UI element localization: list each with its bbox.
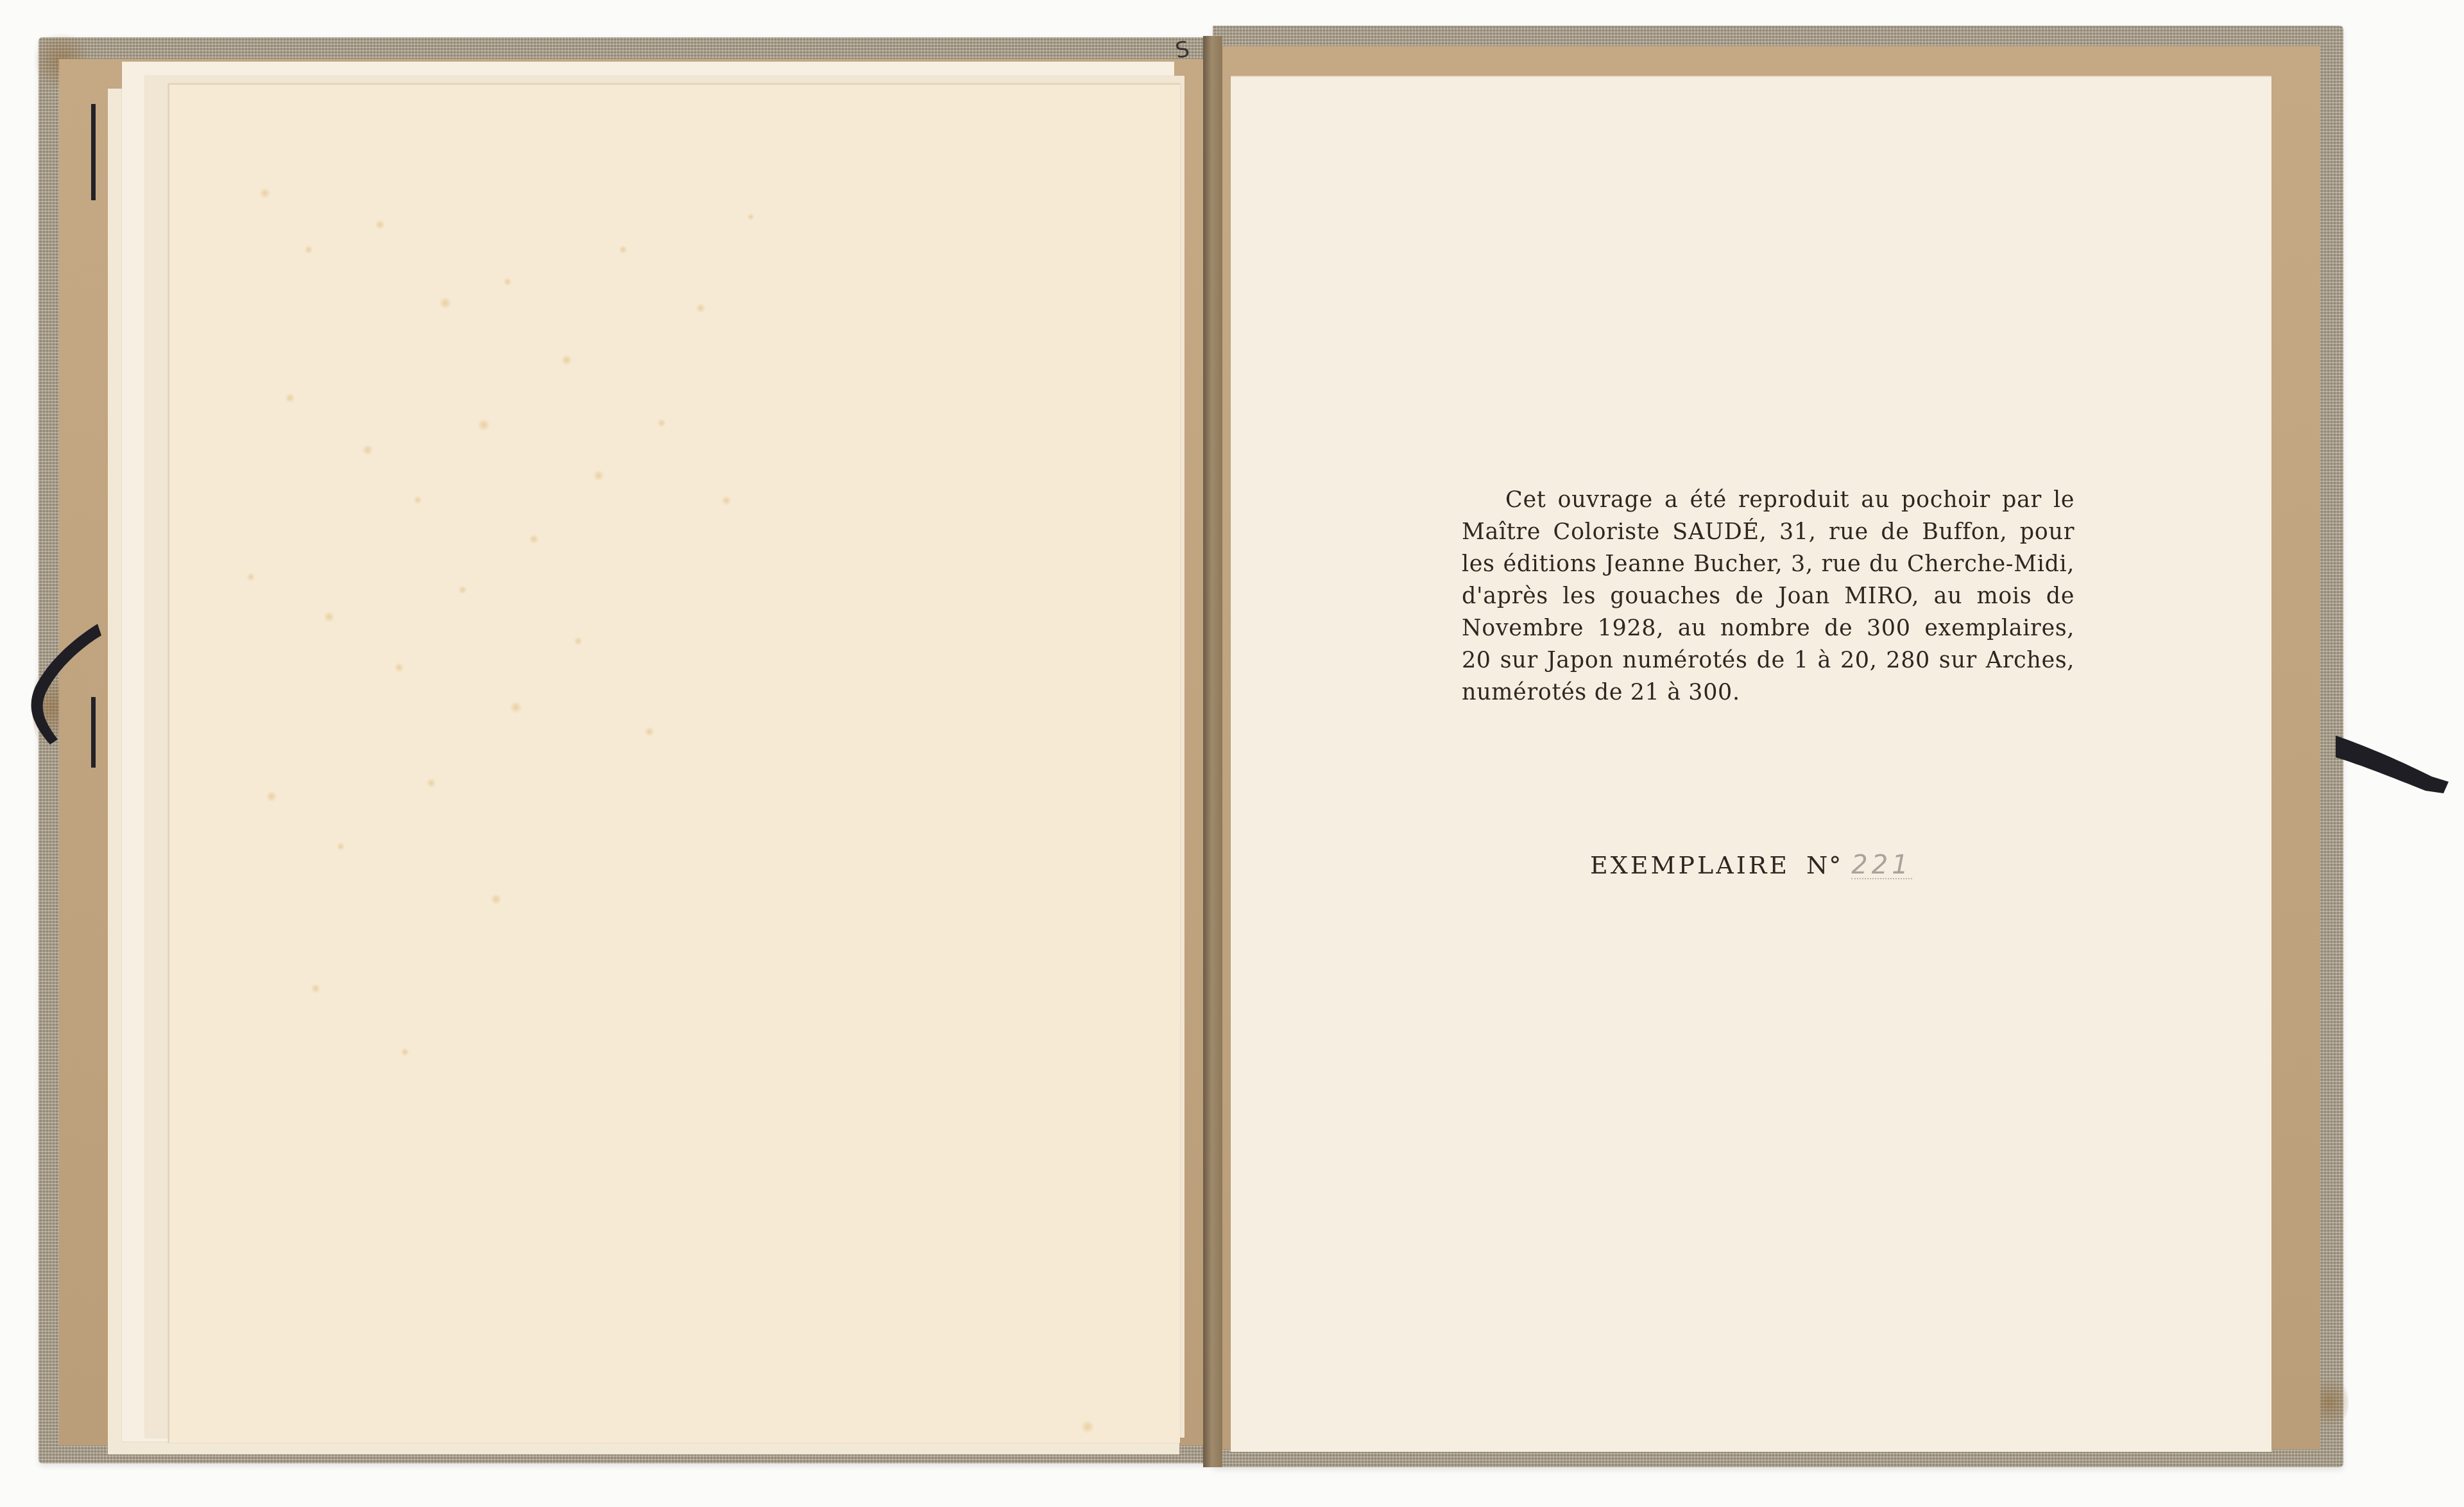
foxing-spot (304, 245, 313, 254)
foxing-spot (721, 495, 732, 506)
colophon-text: Cet ouvrage a été reproduit au pochoir p… (1462, 484, 2075, 709)
colophon-line-2: Maître Coloriste SAUDÉ, 31, rue de Buffo… (1462, 516, 2075, 548)
foxing-spot (619, 245, 628, 254)
open-portfolio-photo: S Cet o (0, 0, 2464, 1507)
foxing-spot (311, 983, 321, 994)
foxing-spot (747, 213, 755, 221)
foxing-spot (285, 393, 295, 403)
foxing-spot (323, 611, 335, 623)
portfolio-spine (1203, 36, 1222, 1467)
foxing-spot (439, 297, 452, 309)
foxing-spot (477, 418, 490, 431)
foxing-spot (574, 637, 583, 646)
foxing-spot (246, 573, 255, 581)
foxing-spot (490, 893, 502, 905)
foxing-spot (593, 470, 604, 481)
foxing-spot (266, 791, 277, 802)
colophon-line-6: 20 sur Japon numérotés de 1 à 20, 280 su… (1462, 644, 2075, 676)
right-ribbon-tie-icon (2336, 732, 2451, 809)
foxing-spot (529, 534, 539, 544)
left-ribbon-tie-icon (13, 616, 103, 751)
foxing-spot (400, 1047, 409, 1056)
foxing-spot (509, 701, 522, 714)
foxing-spot (394, 662, 404, 673)
copy-number-line: EXEMPLAIREN°221 (1590, 851, 1912, 879)
foxing-spot (657, 418, 666, 427)
left-inner-dark-strip (91, 104, 96, 200)
foxing-spot (426, 778, 436, 788)
foxing-spot (503, 277, 512, 286)
colophon-line-4: d'après les gouaches de Joan MIRO, au mo… (1462, 580, 2075, 612)
colophon-line-3: les éditions Jeanne Bucher, 3, rue du Ch… (1462, 548, 2075, 580)
exemplaire-label: EXEMPLAIRE (1590, 851, 1790, 879)
foxing-spot (362, 444, 373, 456)
foxing-spot (458, 585, 467, 594)
foxing-spot (644, 727, 654, 737)
foxing-spot (1081, 1420, 1095, 1434)
number-abbreviation: N° (1806, 851, 1842, 879)
colophon-line-1: Cet ouvrage a été reproduit au pochoir p… (1462, 484, 2075, 516)
colophon-line-5: Novembre 1928, au nombre de 300 exemplai… (1462, 612, 2075, 644)
colophon-line-7: numérotés de 21 à 300. (1462, 676, 2075, 709)
handwritten-copy-number: 221 (1851, 852, 1912, 879)
foxing-spot (561, 354, 572, 366)
foxing-spot (259, 187, 271, 199)
left-blank-leaf (168, 83, 1180, 1443)
foxing-spot (413, 495, 422, 504)
foxing-spot (696, 303, 706, 313)
foxing-spot (375, 220, 385, 230)
right-colophon-leaf (1231, 76, 2271, 1452)
foxing-spot (336, 842, 345, 851)
